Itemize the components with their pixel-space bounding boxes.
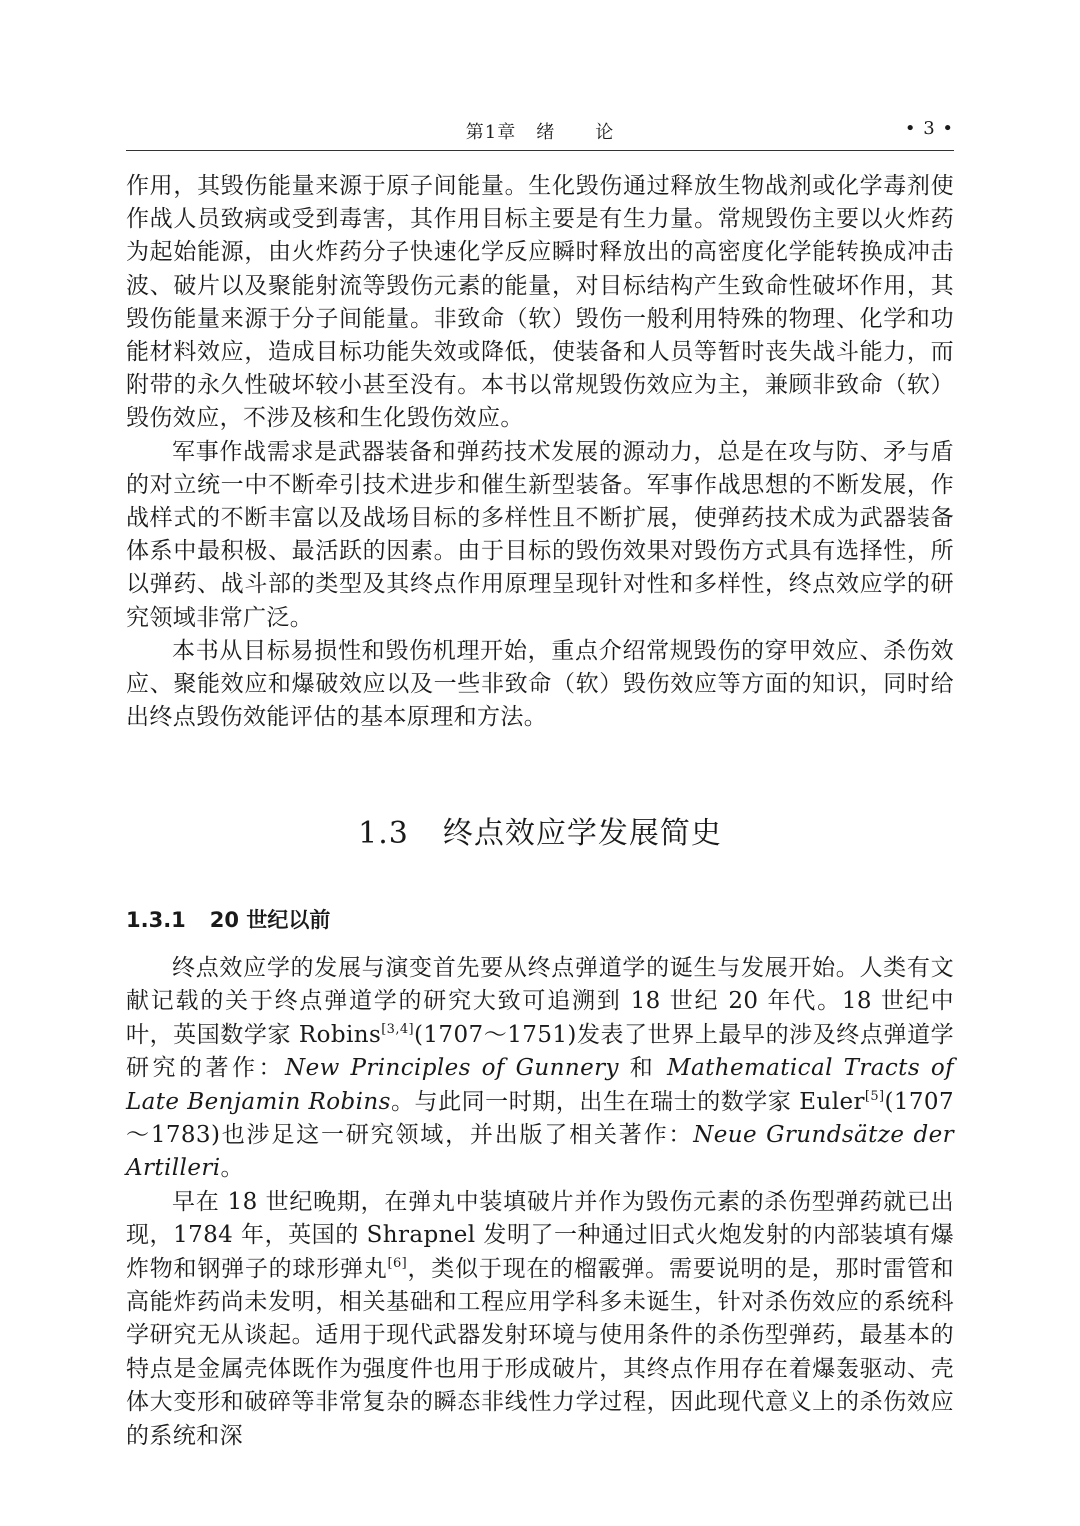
subsection-heading: 1.3.120 世纪以前 — [126, 904, 330, 934]
section-title: 终点效应学发展简史 — [443, 816, 722, 851]
paragraph: 作用，其毁伤能量来源于原子间能量。生化毁伤通过释放生物战剂或化学毒剂使作战人员致… — [126, 170, 954, 436]
page-number: • 3 • — [905, 118, 954, 139]
subsection-title: 20 世纪以前 — [210, 908, 331, 932]
citation: [3,4] — [381, 1022, 414, 1037]
book-title: New Principles of Gunnery — [285, 1055, 619, 1081]
section-1-2-body: 作用，其毁伤能量来源于原子间能量。生化毁伤通过释放生物战剂或化学毒剂使作战人员致… — [126, 170, 954, 734]
text-run: 。与此同一时期，出生在瑞士的数学家 Euler — [391, 1089, 865, 1115]
running-head: 第1章绪论 • 3 • — [126, 116, 954, 144]
subsection-1-3-1-body: 终点效应学的发展与演变首先要从终点弹道学的诞生与发展开始。人类有文献记载的关于终… — [126, 952, 954, 1453]
paragraph: 终点效应学的发展与演变首先要从终点弹道学的诞生与发展开始。人类有文献记载的关于终… — [126, 952, 954, 1186]
header-rule — [126, 150, 954, 151]
text-run: 和 — [619, 1055, 667, 1081]
text-run: 。 — [220, 1155, 243, 1181]
chapter-number: 第1章 — [466, 122, 516, 143]
paragraph: 早在 18 世纪晚期，在弹丸中装填破片并作为毁伤元素的杀伤型弹药就已出现，178… — [126, 1186, 954, 1453]
subsection-number: 1.3.1 — [126, 908, 186, 932]
chapter-title-char-1: 绪 — [536, 122, 555, 143]
section-number: 1.3 — [358, 816, 409, 851]
paragraph: 军事作战需求是武器装备和弹药技术发展的源动力，总是在攻与防、矛与盾的对立统一中不… — [126, 436, 954, 635]
paragraph: 本书从目标易损性和毁伤机理开始，重点介绍常规毁伤的穿甲效应、杀伤效应、聚能效应和… — [126, 635, 954, 735]
citation: [6] — [388, 1256, 408, 1271]
section-heading: 1.3终点效应学发展简史 — [126, 808, 954, 852]
chapter-title-char-2: 论 — [595, 122, 614, 143]
citation: [5] — [865, 1089, 885, 1104]
text-run: ，类似于现在的榴霰弹。需要说明的是，那时雷管和高能炸药尚未发明，相关基础和工程应… — [126, 1256, 954, 1449]
chapter-heading: 第1章绪论 — [126, 118, 954, 144]
